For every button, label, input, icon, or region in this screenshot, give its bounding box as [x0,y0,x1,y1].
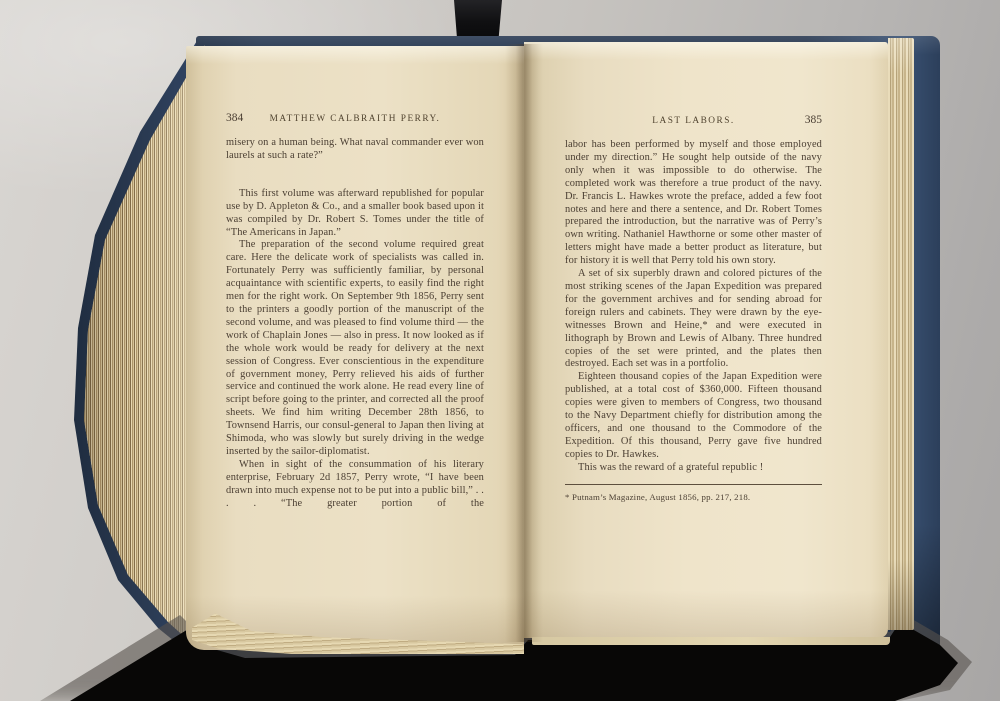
left-running-head-row: 384 MATTHEW CALBRAITH PERRY. [226,112,484,124]
body-paragraph: misery on a human being. What naval comm… [226,137,484,163]
right-running-header: LAST LABORS. [601,116,786,126]
body-paragraph: This first volume was afterward republis… [226,188,484,240]
body-paragraph: The preparation of the second volume req… [226,239,484,458]
left-page: 384 MATTHEW CALBRAITH PERRY. misery on a… [186,46,524,650]
left-page-body: misery on a human being. What naval comm… [226,137,484,510]
body-paragraph: When in sight of the consummation of his… [226,459,484,511]
body-paragraph: A set of six superbly drawn and colored … [565,268,822,371]
footnote-text: * Putnam’s Magazine, August 1856, pp. 21… [565,492,822,502]
body-paragraph: Eighteen thousand copies of the Japan Ex… [565,371,822,461]
left-running-header: MATTHEW CALBRAITH PERRY. [262,114,448,124]
footnote-block: * Putnam’s Magazine, August 1856, pp. 21… [565,484,822,502]
right-page: LAST LABORS. 385 labor has been performe… [524,42,888,638]
right-page-number: 385 [805,114,822,126]
footnote-rule [565,484,822,485]
page-stack-edge-right [888,38,914,630]
left-page-text-column: 384 MATTHEW CALBRAITH PERRY. misery on a… [226,112,484,510]
body-paragraph: labor has been performed by myself and t… [565,139,822,268]
left-page-number: 384 [226,112,243,124]
right-page-body: labor has been performed by myself and t… [565,139,822,475]
under-page-sliver-bottom-right [532,637,890,645]
body-paragraph: This was the reward of a grateful republ… [565,462,822,475]
right-page-text-column: LAST LABORS. 385 labor has been performe… [565,114,822,502]
right-running-head-row: LAST LABORS. 385 [565,114,822,126]
book-photo-scene: 384 MATTHEW CALBRAITH PERRY. misery on a… [0,0,1000,701]
